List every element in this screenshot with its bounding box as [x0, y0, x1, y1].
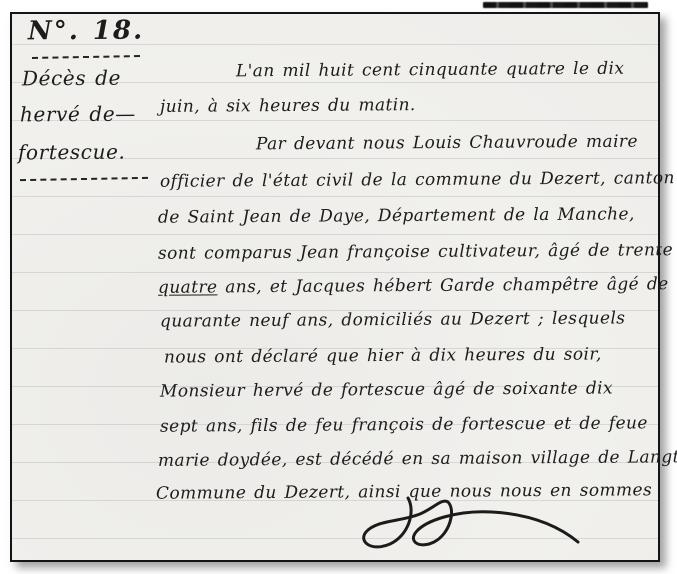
- manuscript-line: quatre ans, et Jacques hébert Garde cham…: [158, 274, 669, 298]
- document-frame: N°. 18. Décès de hervé de— fortescue. L'…: [10, 12, 660, 562]
- manuscript-line: de Saint Jean de Daye, Département de la…: [158, 204, 635, 227]
- signature-flourish: [342, 492, 592, 562]
- record-number: N°. 18.: [28, 16, 144, 47]
- manuscript-line: marie doydée, est décédé en sa maison vi…: [158, 447, 677, 471]
- margin-divider-top: [32, 55, 140, 59]
- cropped-print-smudge: [483, 2, 648, 8]
- scanned-register-page: N°. 18. Décès de hervé de— fortescue. L'…: [0, 0, 677, 574]
- margin-divider-bottom: [20, 177, 148, 181]
- manuscript-line: quarante neuf ans, domiciliés au Dezert …: [160, 308, 626, 331]
- manuscript-line: nous ont déclaré que hier à dix heures d…: [164, 344, 602, 367]
- margin-note-line-2: hervé de—: [20, 102, 136, 127]
- manuscript-line: Monsieur hervé de fortescue âgé de soixa…: [160, 378, 613, 401]
- manuscript-line: sept ans, fils de feu françois de fortes…: [160, 413, 648, 436]
- manuscript-line: L'an mil huit cent cinquante quatre le d…: [236, 59, 624, 82]
- inserted-word-underlined: quatre: [158, 277, 218, 297]
- margin-note-line-1: Décès de: [22, 66, 121, 91]
- manuscript-line: Par devant nous Louis Chauvroude maire: [256, 132, 638, 155]
- manuscript-line-rest: ans, et Jacques hébert Garde champêtre â…: [217, 274, 668, 297]
- manuscript-line: juin, à six heures du matin.: [160, 95, 416, 117]
- manuscript-line: officier de l'état civil de la commune d…: [160, 168, 675, 192]
- signature-flourish-icon: [342, 492, 592, 558]
- manuscript-line: sont comparus Jean françoise cultivateur…: [158, 240, 673, 264]
- margin-note-line-3: fortescue.: [18, 140, 126, 165]
